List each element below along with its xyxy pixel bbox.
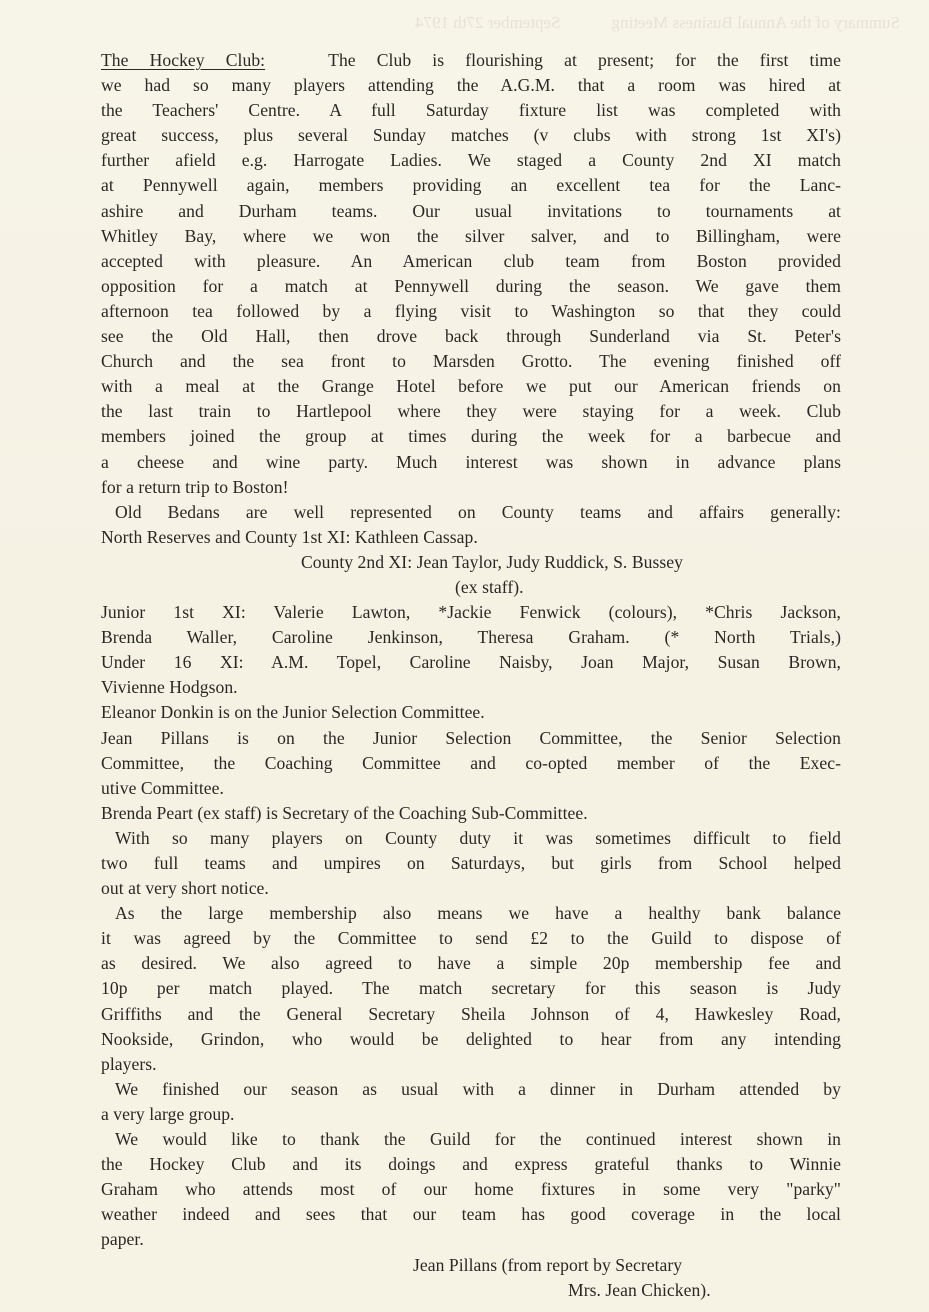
- article-line: further afield e.g. Harrogate Ladies. We…: [101, 148, 841, 173]
- article-line: Vivienne Hodgson.: [101, 675, 841, 700]
- article-line: two full teams and umpires on Saturdays,…: [101, 851, 841, 876]
- scanned-page: Summary of the Annual Business Meeting S…: [0, 0, 929, 1312]
- article-line: it was agreed by the Committee to send £…: [101, 926, 841, 951]
- paragraph-county-representation: Old Bedans are well represented on Count…: [101, 500, 841, 550]
- article-line: we had so many players attending the A.G…: [101, 73, 841, 98]
- signature-line-1: Jean Pillans (from report by Secretary: [101, 1253, 841, 1278]
- article-line: Graham who attends most of our home fixt…: [101, 1177, 841, 1202]
- bleed-heading-right: September 27th 1974: [415, 13, 560, 32]
- article-line: With so many players on County duty it w…: [101, 826, 841, 851]
- bleed-heading-left: Summary of the Annual Business Meeting: [611, 13, 900, 32]
- article-line: at Pennywell again, members providing an…: [101, 173, 841, 198]
- article-line: utive Committee.: [101, 776, 841, 801]
- article-line: the last train to Hartlepool where they …: [101, 399, 841, 424]
- article-line: We would like to thank the Guild for the…: [101, 1127, 841, 1152]
- article-line: Church and the sea front to Marsden Grot…: [101, 349, 841, 374]
- article-line: a cheese and wine party. Much interest w…: [101, 450, 841, 475]
- article-line: the Teachers' Centre. A full Saturday fi…: [101, 98, 841, 123]
- article-line: players.: [101, 1052, 841, 1077]
- article-line: As the large membership also means we ha…: [101, 901, 841, 926]
- article-line: members joined the group at times during…: [101, 424, 841, 449]
- paragraph-thanks: We would like to thank the Guild for the…: [101, 1127, 841, 1252]
- article-line: Brenda Peart (ex staff) is Secretary of …: [101, 801, 841, 826]
- article-line: as desired. We also agreed to have a sim…: [101, 951, 841, 976]
- paragraph-membership: As the large membership also means we ha…: [101, 901, 841, 1077]
- article-line: a very large group.: [101, 1102, 841, 1127]
- article-line: Nookside, Grindon, who would be delighte…: [101, 1027, 841, 1052]
- article-line: Whitley Bay, where we won the silver sal…: [101, 224, 841, 249]
- article-line: North Reserves and County 1st XI: Kathle…: [101, 525, 841, 550]
- signature-line-2: Mrs. Jean Chicken).: [101, 1278, 841, 1303]
- article-line: accepted with pleasure. An American club…: [101, 249, 841, 274]
- article-line: with a meal at the Grange Hotel before w…: [101, 374, 841, 399]
- article-line: We finished our season as usual with a d…: [101, 1077, 841, 1102]
- article-line: Committee, the Coaching Committee and co…: [101, 751, 841, 776]
- article-line: Brenda Waller, Caroline Jenkinson, There…: [101, 625, 841, 650]
- article-line: Under 16 XI: A.M. Topel, Caroline Naisby…: [101, 650, 841, 675]
- article-line: paper.: [101, 1227, 841, 1252]
- article-line: great success, plus several Sunday match…: [101, 123, 841, 148]
- article-line: Griffiths and the General Secretary Shei…: [101, 1002, 841, 1027]
- article-line: Old Bedans are well represented on Count…: [101, 500, 841, 525]
- article-line: Jean Pillans is on the Junior Selection …: [101, 726, 841, 751]
- section-heading: The Hockey Club:: [101, 50, 265, 70]
- article-line: afternoon tea followed by a flying visit…: [101, 299, 841, 324]
- article-line: Eleanor Donkin is on the Junior Selectio…: [101, 700, 841, 725]
- committee-list: Eleanor Donkin is on the Junior Selectio…: [101, 700, 841, 825]
- article-line: The Hockey Club: The Club is flourishing…: [101, 48, 841, 73]
- county-2nd-xi-line: County 2nd XI: Jean Taylor, Judy Ruddick…: [101, 550, 841, 575]
- article-line: the Hockey Club and its doings and expre…: [101, 1152, 841, 1177]
- article-line: out at very short notice.: [101, 876, 841, 901]
- article-body: The Hockey Club: The Club is flourishing…: [101, 48, 841, 1303]
- county-2nd-xi-cont: (ex staff).: [101, 575, 841, 600]
- paragraph-county-duty: With so many players on County duty it w…: [101, 826, 841, 901]
- article-line: 10p per match played. The match secretar…: [101, 976, 841, 1001]
- article-line: Junior 1st XI: Valerie Lawton, *Jackie F…: [101, 600, 841, 625]
- under-16-xi-list: Under 16 XI: A.M. Topel, Caroline Naisby…: [101, 650, 841, 700]
- article-line: opposition for a match at Pennywell duri…: [101, 274, 841, 299]
- paragraph-intro: we had so many players attending the A.G…: [101, 73, 841, 500]
- junior-1st-xi-list: Junior 1st XI: Valerie Lawton, *Jackie F…: [101, 600, 841, 650]
- paragraph-season-dinner: We finished our season as usual with a d…: [101, 1077, 841, 1127]
- article-line: ashire and Durham teams. Our usual invit…: [101, 199, 841, 224]
- article-line: for a return trip to Boston!: [101, 475, 841, 500]
- article-line: see the Old Hall, then drove back throug…: [101, 324, 841, 349]
- article-line: weather indeed and sees that our team ha…: [101, 1202, 841, 1227]
